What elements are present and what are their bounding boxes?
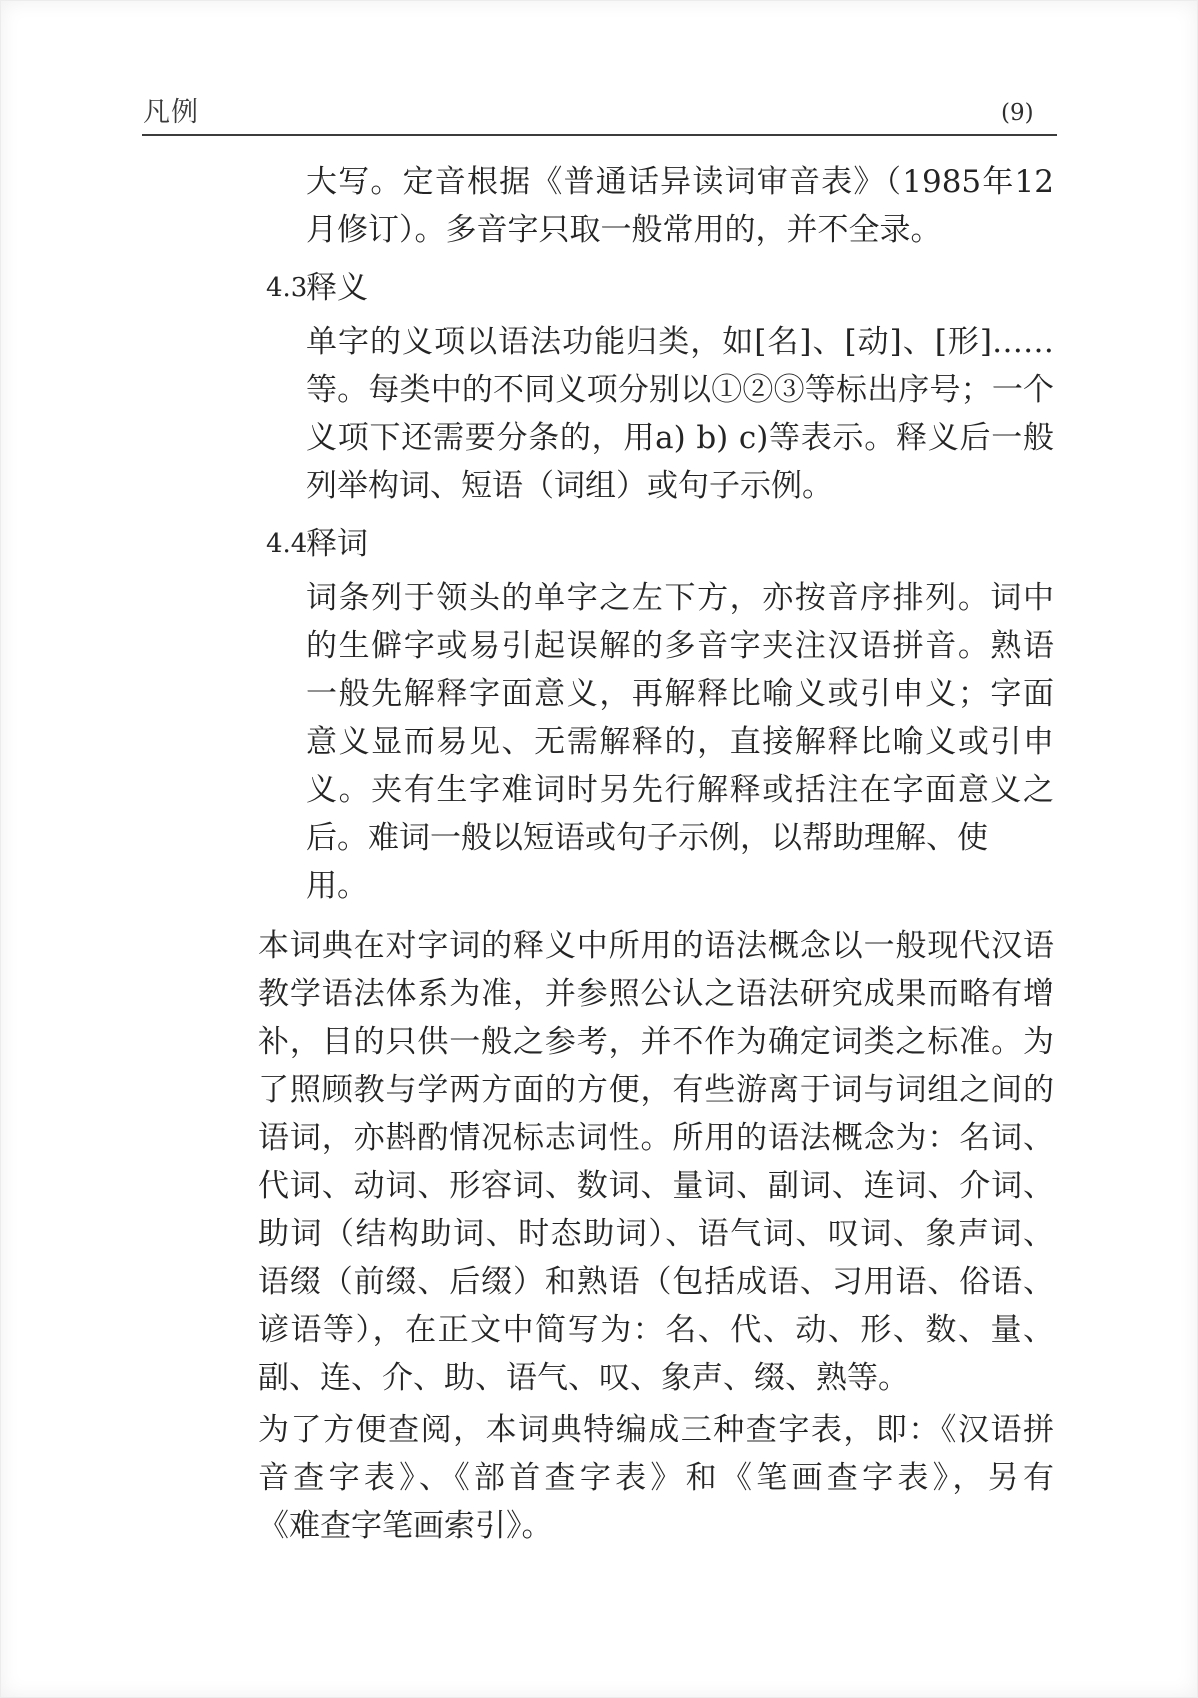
text-line: 大写。定音根据《普通话异读词审音表》（1985年12 xyxy=(306,158,1054,206)
text-line: 教学语法体系为准，并参照公认之语法研究成果而略有增 xyxy=(258,970,1054,1018)
text-line: 后。难词一般以短语或句子示例，以帮助理解、使 xyxy=(306,814,1054,862)
section-4-4-heading: 4.4 释词 xyxy=(306,520,1054,568)
section-number: 4.4 xyxy=(306,520,307,568)
text-line: 为了方便查阅，本词典特编成三种查字表，即：《汉语拼 xyxy=(258,1412,1054,1448)
page-number: (9) xyxy=(1001,100,1034,126)
text-line: 本词典在对字词的释义中所用的语法概念以一般现代汉语 xyxy=(258,928,1054,964)
document-page: 凡例 (9) 大写。定音根据《普通话异读词审音表》（1985年12 月修订）。多… xyxy=(0,0,1198,1698)
text-line: 义项下还需要分条的，用a) b) c)等表示。释义后一般都 xyxy=(306,414,1054,462)
text-line: 的生僻字或易引起误解的多音字夹注汉语拼音。熟语 xyxy=(306,622,1054,670)
text-line: 音查字表》、《部首查字表》和《笔画查字表》，另有 xyxy=(258,1454,1054,1502)
text-line: 助词（结构助词、时态助词）、语气词、叹词、象声词、 xyxy=(258,1210,1054,1258)
text-line: 列举构词、短语（词组）或句子示例。 xyxy=(306,462,1054,510)
text-line: 意义显而易见、无需解释的，直接解释比喻义或引申 xyxy=(306,718,1054,766)
text-line: 单字的义项以语法功能归类，如[名]、[动]、[形]…… xyxy=(306,318,1054,366)
header-rule xyxy=(142,134,1057,136)
text-line: 月修订）。多音字只取一般常用的，并不全录。 xyxy=(306,206,1054,254)
text-line: 用。 xyxy=(306,862,1054,910)
text-line: 词条列于领头的单字之左下方，亦按音序排列。词中 xyxy=(306,574,1054,622)
body-text: 大写。定音根据《普通话异读词审音表》（1985年12 月修订）。多音字只取一般常… xyxy=(0,158,1198,1550)
section-title: 释义 xyxy=(306,270,368,306)
text-line: 义。夹有生字难词时另先行解释或括注在字面意义之 xyxy=(306,766,1054,814)
section-4-3-heading: 4.3 释义 xyxy=(306,264,1054,312)
section-4-3-body: 单字的义项以语法功能归类，如[名]、[动]、[形]…… 等。每类中的不同义项分别… xyxy=(306,318,1054,510)
text-line: 语缀（前缀、后缀）和熟语（包括成语、习用语、俗语、 xyxy=(258,1258,1054,1306)
text-line: 等。每类中的不同义项分别以①②③等标出序号；一个 xyxy=(306,366,1054,414)
text-line: 《难查字笔画索引》。 xyxy=(258,1502,1054,1550)
text-line: 副、连、介、助、语气、叹、象声、缀、熟等。 xyxy=(258,1354,1054,1402)
text-line: 一般先解释字面意义，再解释比喻义或引申义；字面 xyxy=(306,670,1054,718)
section-title: 释词 xyxy=(306,526,368,562)
text-line: 补，目的只供一般之参考，并不作为确定词类之标准。为 xyxy=(258,1018,1054,1066)
paragraph-continuation: 大写。定音根据《普通话异读词审音表》（1985年12 月修订）。多音字只取一般常… xyxy=(306,158,1054,254)
section-5: 5. 本词典在对字词的释义中所用的语法概念以一般现代汉语 教学语法体系为准，并参… xyxy=(258,922,1054,1402)
section-6: 6. 为了方便查阅，本词典特编成三种查字表，即：《汉语拼 音查字表》、《部首查字… xyxy=(258,1406,1054,1550)
text-line: 代词、动词、形容词、数词、量词、副词、连词、介词、 xyxy=(258,1162,1054,1210)
section-number: 4.3 xyxy=(306,264,307,312)
section-4-4-body: 词条列于领头的单字之左下方，亦按音序排列。词中 的生僻字或易引起误解的多音字夹注… xyxy=(306,574,1054,910)
text-line: 了照顾教与学两方面的方便，有些游离于词与词组之间的 xyxy=(258,1066,1054,1114)
text-line: 谚语等），在正文中简写为：名、代、动、形、数、量、 xyxy=(258,1306,1054,1354)
text-line: 语词，亦斟酌情况标志词性。所用的语法概念为：名词、 xyxy=(258,1114,1054,1162)
page-header-title: 凡例 xyxy=(143,90,199,129)
